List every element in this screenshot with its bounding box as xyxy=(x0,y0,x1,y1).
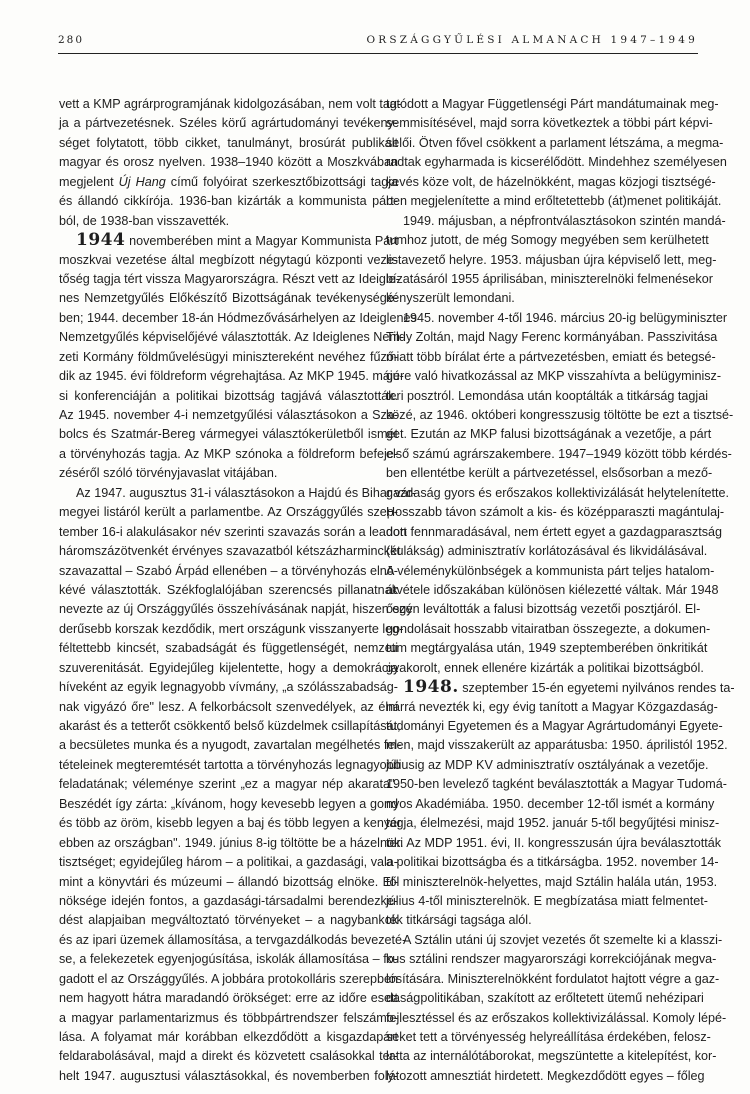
text-segment: tőség tagja tért vissza Magyarországra. … xyxy=(59,272,400,286)
text-line: miatt több bírálat érte a pártvezetésben… xyxy=(386,348,697,367)
text-line: helt 1947. augusztusi választásokkal, és… xyxy=(59,1067,398,1086)
text-line: séget folytatott, több cikket, tanulmány… xyxy=(59,134,398,153)
text-line: híveként az egyik legnagyobb vívmány, „a… xyxy=(59,678,398,697)
text-line: és állandó cikkírója. 1936-ban kizárták … xyxy=(59,192,398,211)
text-segment: gyakorolt, ennek ellenére kizárták a pol… xyxy=(386,661,704,675)
text-segment: lása. A folyamat már korábban elkezdődöt… xyxy=(59,1030,398,1044)
text-segment: tember 16-i alakulásakor név szerinti sz… xyxy=(59,525,407,539)
text-line: (kulákság) adminisztratív korlátozásával… xyxy=(386,542,697,561)
text-line: mint a könyvtári és múzeumi – állandó bi… xyxy=(59,873,398,892)
text-line: bízatásáról 1955 áprilisában, minisztere… xyxy=(386,270,697,289)
text-line: Az 1945. november 4-i nemzetgyűlési vála… xyxy=(59,406,398,425)
text-segment: látozott amnesztiát hirdetett. Megkezdőd… xyxy=(386,1069,705,1083)
text-segment: lósítására. Miniszterelnökként fordulato… xyxy=(386,972,719,986)
text-segment: ben ellentétbe került a pártvezetéssel, … xyxy=(386,466,712,480)
text-line: ból, de 1938-ban visszavették. xyxy=(59,212,398,231)
text-line: a törvényhozás tagja. Az MKP szónoka a f… xyxy=(59,445,398,464)
text-segment: selői. Ötven fővel csökkent a parlament … xyxy=(386,136,723,150)
text-line: seket tett a törvényesség helyreállítása… xyxy=(386,1028,697,1047)
text-line: 1948. szeptember 15-én egyetemi nyilváno… xyxy=(386,678,697,697)
text-line: magyar és orosz nyelven. 1938–1940 közöt… xyxy=(59,153,398,172)
text-line: a magyar parlamentarizmus és többpártren… xyxy=(59,1009,398,1028)
text-segment: (kulákság) adminisztratív korlátozásával… xyxy=(386,544,707,558)
text-line: a politikai bizottságba és a titkárságba… xyxy=(386,853,697,872)
text-line: 1950-ben levelező tagként beválasztották… xyxy=(386,775,697,794)
text-segment: tagja, élelmezési, majd 1952. január 5-t… xyxy=(386,816,719,830)
text-segment: feladatának; véleménye szerint „ez a mag… xyxy=(59,777,398,791)
text-segment: tudományi Egyetemen és a Magyar Agrártud… xyxy=(386,719,723,733)
text-segment: megjelent xyxy=(59,175,119,189)
text-segment: féltettebb kincsét, szabadságát és függe… xyxy=(59,641,398,655)
text-line: ben megjelenítette a mind erőltetettebb … xyxy=(386,192,697,211)
text-line: zeti Kormány földművelésügyi miniszterek… xyxy=(59,348,398,367)
text-segment: A Sztálin utáni új szovjet vezetés őt sz… xyxy=(403,933,722,947)
text-segment: nyos Akadémiába. 1950. december 12-től i… xyxy=(386,797,714,811)
text-line: nem hagyott hátra maradandó örökséget: e… xyxy=(59,989,398,1008)
text-segment: kevés köze volt, de házelnökként, magas … xyxy=(386,175,716,189)
left-text-column: vett a KMP agrárprogramjának kidolgozásá… xyxy=(59,95,398,1086)
text-segment: si konferenciáján a politikai bizottság … xyxy=(59,389,398,403)
text-segment: zéséről szóló törvényjavaslat vitájában. xyxy=(59,466,277,480)
text-segment: 1949. májusban, a népfrontválasztásokon … xyxy=(403,214,726,228)
text-segment: akarást és a tetterőt csökkentő belső kü… xyxy=(59,719,401,733)
text-segment: közé, az 1946. októberi kongresszusig tö… xyxy=(386,408,733,422)
text-segment: kus sztálini rendszer magyarországi korr… xyxy=(386,952,716,966)
text-line: se, a felekezetek egyenjogúsítása, iskol… xyxy=(59,950,398,969)
text-line: tudományi Egyetemen és a Magyar Agrártud… xyxy=(386,717,697,736)
text-line: teri posztról. Lemondása után kooptálták… xyxy=(386,387,697,406)
text-line: tagja, élelmezési, majd 1952. január 5-t… xyxy=(386,814,697,833)
text-segment: szavazattal – Szabó Árpád ellenében – a … xyxy=(59,564,398,578)
book-title: ORSZÁGGYŰLÉSI ALMANACH 1947–1949 xyxy=(366,34,698,46)
text-segment: megyei listáról került a parlamentbe. Az… xyxy=(59,505,398,519)
text-segment: seket tett a törvényesség helyreállítása… xyxy=(386,1030,711,1044)
text-line: kényszerült lemondani. xyxy=(386,289,697,308)
text-segment: és az ipari üzemek államosítása, a tervg… xyxy=(59,933,406,947)
text-line: moszkvai vezetése által megbízott négyta… xyxy=(59,251,398,270)
text-segment: című folyóirat szerkesztőbizottsági tagj… xyxy=(166,175,398,189)
text-line: közé, az 1946. októberi kongresszusig tö… xyxy=(386,406,697,425)
text-segment: teri posztról. Lemondása után kooptálták… xyxy=(386,389,708,403)
text-line: feladatának; véleménye szerint „ez a mag… xyxy=(59,775,398,794)
text-line: tételeinek megteremtését tartotta a törv… xyxy=(59,756,398,775)
text-segment: nak vigyázó őre" lesz. A felkorbácsolt s… xyxy=(59,700,398,714)
text-segment: ték titkársági tagsága alól. xyxy=(386,913,532,927)
text-line: tum megtárgyalása után, 1949 szeptemberé… xyxy=(386,639,697,658)
text-line: júliusig az MDP KV adminisztratív osztál… xyxy=(386,756,697,775)
text-segment: ben megjelenítette a mind erőltetettebb … xyxy=(386,194,721,208)
text-segment: a politikai bizottságba és a titkárságba… xyxy=(386,855,719,869)
text-line: fejlesztéssel és az erőszakos kollektivi… xyxy=(386,1009,697,1028)
text-line: szavazattal – Szabó Árpád ellenében – a … xyxy=(59,562,398,581)
text-segment: a törvényhozás tagja. Az MKP szónoka a f… xyxy=(59,447,398,461)
text-line: háromszázötvenkét érvényes szavazatból k… xyxy=(59,542,398,561)
text-segment: mint a könyvtári és múzeumi – állandó bi… xyxy=(59,875,398,889)
text-segment: gadott el az Országgyűlés. A jobbára pro… xyxy=(59,972,398,986)
text-segment: nevezte az új Országgyűlés összehívásána… xyxy=(59,602,413,616)
text-line: listavezető helyre. 1953. májusban újra … xyxy=(386,251,697,270)
text-segment: bízatásáról 1955 áprilisában, minisztere… xyxy=(386,272,713,286)
text-line: átvétele időszakában különösen kiélezett… xyxy=(386,581,697,600)
text-segment: és több az öröm, kisebb legyen a baj és … xyxy=(59,816,401,830)
text-line: kus sztálini rendszer magyarországi korr… xyxy=(386,950,697,969)
text-segment: júliusig az MDP KV adminisztratív osztál… xyxy=(386,758,708,772)
text-segment: nöksége idején fontos, a gazdasági-társa… xyxy=(59,894,398,908)
text-segment: don fennmaradásával, nem értett egyet a … xyxy=(386,525,722,539)
text-segment: kényszerült lemondani. xyxy=(386,291,515,305)
text-segment: ter. Az MDP 1951. évi, II. kongresszusán… xyxy=(386,836,721,850)
text-segment: novemberében mint a Magyar Kommunista Pá… xyxy=(125,234,398,248)
text-segment: tatódott a Magyar Függetlenségi Párt man… xyxy=(386,97,719,111)
text-segment: latta az internálótáborokat, megszüntett… xyxy=(386,1049,716,1063)
text-line: daságpolitikában, szakított az erőltetet… xyxy=(386,989,697,1008)
text-line: nevezte az új Országgyűlés összehívásána… xyxy=(59,600,398,619)
text-segment: július 4-től miniszterelnök. E megbízatá… xyxy=(386,894,708,908)
text-line: tőség tagja tért vissza Magyarországra. … xyxy=(59,270,398,289)
text-line: ték titkársági tagsága alól. xyxy=(386,911,697,930)
text-segment: zeti Kormány földművelésügyi miniszterek… xyxy=(59,350,398,364)
text-segment: feldarabolásával, majd a direkt és közve… xyxy=(59,1049,398,1063)
text-line: őszén leváltották a falusi bizottság vez… xyxy=(386,600,697,619)
text-segment: tum megtárgyalása után, 1949 szeptemberé… xyxy=(386,641,707,655)
text-segment: től miniszterelnök-helyettes, majd Sztál… xyxy=(386,875,717,889)
text-segment: a becsületes munka és a nyugodt, zavarta… xyxy=(59,738,401,752)
text-line: latta az internálótáborokat, megszüntett… xyxy=(386,1047,697,1066)
text-line: féltettebb kincsét, szabadságát és függe… xyxy=(59,639,398,658)
text-segment: átvétele időszakában különösen kiélezett… xyxy=(386,583,719,597)
text-line: 1945. november 4-től 1946. március 20-ig… xyxy=(386,309,697,328)
text-line: a becsületes munka és a nyugodt, zavarta… xyxy=(59,736,398,755)
text-segment: Az 1945. november 4-i nemzetgyűlési vála… xyxy=(59,408,398,422)
text-line: A Sztálin utáni új szovjet vezetés őt sz… xyxy=(386,931,697,950)
text-segment: ból, de 1938-ban visszavették. xyxy=(59,214,229,228)
text-line: gadott el az Országgyűlés. A jobbára pro… xyxy=(59,970,398,989)
text-line: semmisítésével, majd sorra következtek a… xyxy=(386,114,697,133)
text-line: dést alapjaiban megváltoztató törvényeke… xyxy=(59,911,398,930)
text-line: megyei listáról került a parlamentbe. Az… xyxy=(59,503,398,522)
text-line: don fennmaradásával, nem értett egyet a … xyxy=(386,523,697,542)
text-line: gondolásait hosszabb vitairatban összege… xyxy=(386,620,697,639)
text-line: és több az öröm, kisebb legyen a baj és … xyxy=(59,814,398,833)
text-segment: ebben az országban". 1949. június 8-ig t… xyxy=(59,836,403,850)
text-segment: gére való hivatkozással az MKP visszahív… xyxy=(386,369,721,383)
text-line: 1949. májusban, a népfrontválasztásokon … xyxy=(386,212,697,231)
text-segment: szeptember 15-én egyetemi nyilvános rend… xyxy=(459,681,735,695)
text-line: gazdaság gyors és erőszakos kollektivizá… xyxy=(386,484,697,503)
text-line: gére való hivatkozással az MKP visszahív… xyxy=(386,367,697,386)
text-segment: kévé választották. Székfoglalójában szer… xyxy=(59,583,398,597)
text-line: vett a KMP agrárprogramjának kidolgozásá… xyxy=(59,95,398,114)
text-segment: őszén leváltották a falusi bizottság vez… xyxy=(386,602,700,616)
periodical-title: Új Hang xyxy=(119,175,166,189)
text-line: első számú agrárszakembere. 1947–1949 kö… xyxy=(386,445,697,464)
text-segment: bolcs és Szatmár-Bereg vármegyei választ… xyxy=(59,427,398,441)
text-line: tatódott a Magyar Függetlenségi Párt man… xyxy=(386,95,697,114)
text-segment: men, majd visszakerült az apparátusba: 1… xyxy=(386,738,728,752)
text-line: és az ipari üzemek államosítása, a tervg… xyxy=(59,931,398,950)
text-line: Tildy Zoltán, majd Nagy Ferenc kormányáb… xyxy=(386,328,697,347)
text-line: ebben az országban". 1949. június 8-ig t… xyxy=(59,834,398,853)
text-segment: get. Ezután az MKP falusi bizottságának … xyxy=(386,427,711,441)
text-line: lása. A folyamat már korábban elkezdődöt… xyxy=(59,1028,398,1047)
text-line: nes Nemzetgyűlés Előkészítő Bizottságána… xyxy=(59,289,398,308)
text-line: si konferenciáján a politikai bizottság … xyxy=(59,387,398,406)
text-segment: gondolásait hosszabb vitairatban összege… xyxy=(386,622,710,636)
text-line: Beszédét így zárta: „kívánom, hogy keves… xyxy=(59,795,398,814)
text-segment: Az 1947. augusztus 31-i választásokon a … xyxy=(76,486,416,500)
text-line: lósítására. Miniszterelnökként fordulato… xyxy=(386,970,697,989)
text-line: től miniszterelnök-helyettes, majd Sztál… xyxy=(386,873,697,892)
text-segment: vett a KMP agrárprogramjának kidolgozásá… xyxy=(59,97,401,111)
text-line: zéséről szóló törvényjavaslat vitájában. xyxy=(59,464,398,483)
text-segment: magyar és orosz nyelven. 1938–1940 közöt… xyxy=(59,155,398,169)
text-line: bolcs és Szatmár-Bereg vármegyei választ… xyxy=(59,425,398,444)
text-line: nyos Akadémiába. 1950. december 12-től i… xyxy=(386,795,697,814)
text-line: selői. Ötven fővel csökkent a parlament … xyxy=(386,134,697,153)
text-line: nak vigyázó őre" lesz. A felkorbácsolt s… xyxy=(59,698,398,717)
text-line: látozott amnesztiát hirdetett. Megkezdőd… xyxy=(386,1067,697,1086)
text-segment: 1945. november 4-től 1946. március 20-ig… xyxy=(403,311,727,325)
text-line: get. Ezután az MKP falusi bizottságának … xyxy=(386,425,697,444)
text-line: dik az 1945. évi földreform végrehajtása… xyxy=(59,367,398,386)
text-line: ben ellentétbe került a pártvezetéssel, … xyxy=(386,464,697,483)
right-text-column: tatódott a Magyar Függetlenségi Párt man… xyxy=(386,95,697,1086)
text-segment: nárrá nevezték ki, egy évig tanított a M… xyxy=(386,700,718,714)
text-segment: és állandó cikkírója. 1936-ban kizárták … xyxy=(59,194,398,208)
text-segment: daságpolitikában, szakított az erőltetet… xyxy=(386,991,704,1005)
text-segment: miatt több bírálat érte a pártvezetésben… xyxy=(386,350,716,364)
text-segment: nes Nemzetgyűlés Előkészítő Bizottságána… xyxy=(59,291,398,305)
text-segment: szuverenitását. Egyidejűleg kijelentette… xyxy=(59,661,398,675)
text-line: Hosszabb távon számolt a kis- és középpa… xyxy=(386,503,697,522)
text-segment: 1950-ben levelező tagként beválasztották… xyxy=(386,777,727,791)
text-segment: híveként az egyik legnagyobb vívmány, „a… xyxy=(59,680,398,694)
text-line: ja a pártvezetésnek. Széles körű agrártu… xyxy=(59,114,398,133)
text-line: Az 1947. augusztus 31-i választásokon a … xyxy=(59,484,398,503)
text-line: nárrá nevezték ki, egy évig tanított a M… xyxy=(386,698,697,717)
text-segment: helt 1947. augusztusi választásokkal, és… xyxy=(59,1069,398,1083)
text-segment: nem hagyott hátra maradandó örökséget: e… xyxy=(59,991,398,1005)
text-segment: dik az 1945. évi földreform végrehajtása… xyxy=(59,369,404,383)
text-line: ter. Az MDP 1951. évi, II. kongresszusán… xyxy=(386,834,697,853)
text-line: akarást és a tetterőt csökkentő belső kü… xyxy=(59,717,398,736)
year-heading: 1948. xyxy=(403,677,459,697)
text-line: 1944 novemberében mint a Magyar Kommunis… xyxy=(59,231,398,250)
text-line: A véleménykülönbségek a kommunista párt … xyxy=(386,562,697,581)
text-line: szuverenitását. Egyidejűleg kijelentette… xyxy=(59,659,398,678)
text-line: kevés köze volt, de házelnökként, magas … xyxy=(386,173,697,192)
text-line: tember 16-i alakulásakor név szerinti sz… xyxy=(59,523,398,542)
text-line: kévé választották. Székfoglalójában szer… xyxy=(59,581,398,600)
text-segment: Nemzetgyűlés képviselőjévé választották.… xyxy=(59,330,404,344)
text-line: radtak egyharmada is kicserélődött. Mind… xyxy=(386,153,697,172)
text-segment: radtak egyharmada is kicserélődött. Mind… xyxy=(386,155,727,169)
text-line: men, majd visszakerült az apparátusba: 1… xyxy=(386,736,697,755)
text-segment: Tildy Zoltán, majd Nagy Ferenc kormányáb… xyxy=(386,330,717,344)
text-segment: moszkvai vezetése által megbízott négyta… xyxy=(59,253,398,267)
text-segment: semmisítésével, majd sorra következtek a… xyxy=(386,116,713,130)
text-segment: derűsebb korszak kezdődik, mert országun… xyxy=(59,622,403,636)
text-segment: első számú agrárszakembere. 1947–1949 kö… xyxy=(386,447,732,461)
year-heading: 1944 xyxy=(76,230,125,250)
text-segment: Hosszabb távon számolt a kis- és középpa… xyxy=(386,505,724,519)
text-segment: séget folytatott, több cikket, tanulmány… xyxy=(59,136,398,150)
text-line: derűsebb korszak kezdődik, mert országun… xyxy=(59,620,398,639)
text-line: feldarabolásával, majd a direkt és közve… xyxy=(59,1047,398,1066)
text-segment: tételeinek megteremtését tartotta a törv… xyxy=(59,758,401,772)
text-segment: listavezető helyre. 1953. májusban újra … xyxy=(386,253,716,267)
text-segment: A véleménykülönbségek a kommunista párt … xyxy=(386,564,714,578)
page-number: 280 xyxy=(58,34,84,46)
header-rule xyxy=(58,53,698,54)
text-segment: se, a felekezetek egyenjogúsítása, iskol… xyxy=(59,952,398,966)
text-segment: tumhoz jutott, de még Somogy megyében se… xyxy=(386,233,709,247)
text-segment: tisztséget; egyidejűleg három – a politi… xyxy=(59,855,398,869)
text-line: ben; 1944. december 18-án Hódmezővásárhe… xyxy=(59,309,398,328)
text-segment: fejlesztéssel és az erőszakos kollektivi… xyxy=(386,1011,726,1025)
text-line: megjelent Új Hang című folyóirat szerkes… xyxy=(59,173,398,192)
text-line: Nemzetgyűlés képviselőjévé választották.… xyxy=(59,328,398,347)
text-line: tisztséget; egyidejűleg három – a politi… xyxy=(59,853,398,872)
text-line: tumhoz jutott, de még Somogy megyében se… xyxy=(386,231,697,250)
text-segment: háromszázötvenkét érvényes szavazatból k… xyxy=(59,544,401,558)
text-segment: ben; 1944. december 18-án Hódmezővásárhe… xyxy=(59,311,417,325)
text-segment: dést alapjaiban megváltoztató törvényeke… xyxy=(59,913,398,927)
text-line: nöksége idején fontos, a gazdasági-társa… xyxy=(59,892,398,911)
text-line: gyakorolt, ennek ellenére kizárták a pol… xyxy=(386,659,697,678)
text-segment: Beszédét így zárta: „kívánom, hogy keves… xyxy=(59,797,398,811)
text-segment: a magyar parlamentarizmus és többpártren… xyxy=(59,1011,398,1025)
running-head: 280 ORSZÁGGYŰLÉSI ALMANACH 1947–1949 xyxy=(58,34,698,48)
text-segment: ja a pártvezetésnek. Széles körű agrártu… xyxy=(59,116,398,130)
text-line: július 4-től miniszterelnök. E megbízatá… xyxy=(386,892,697,911)
text-segment: gazdaság gyors és erőszakos kollektivizá… xyxy=(386,486,729,500)
